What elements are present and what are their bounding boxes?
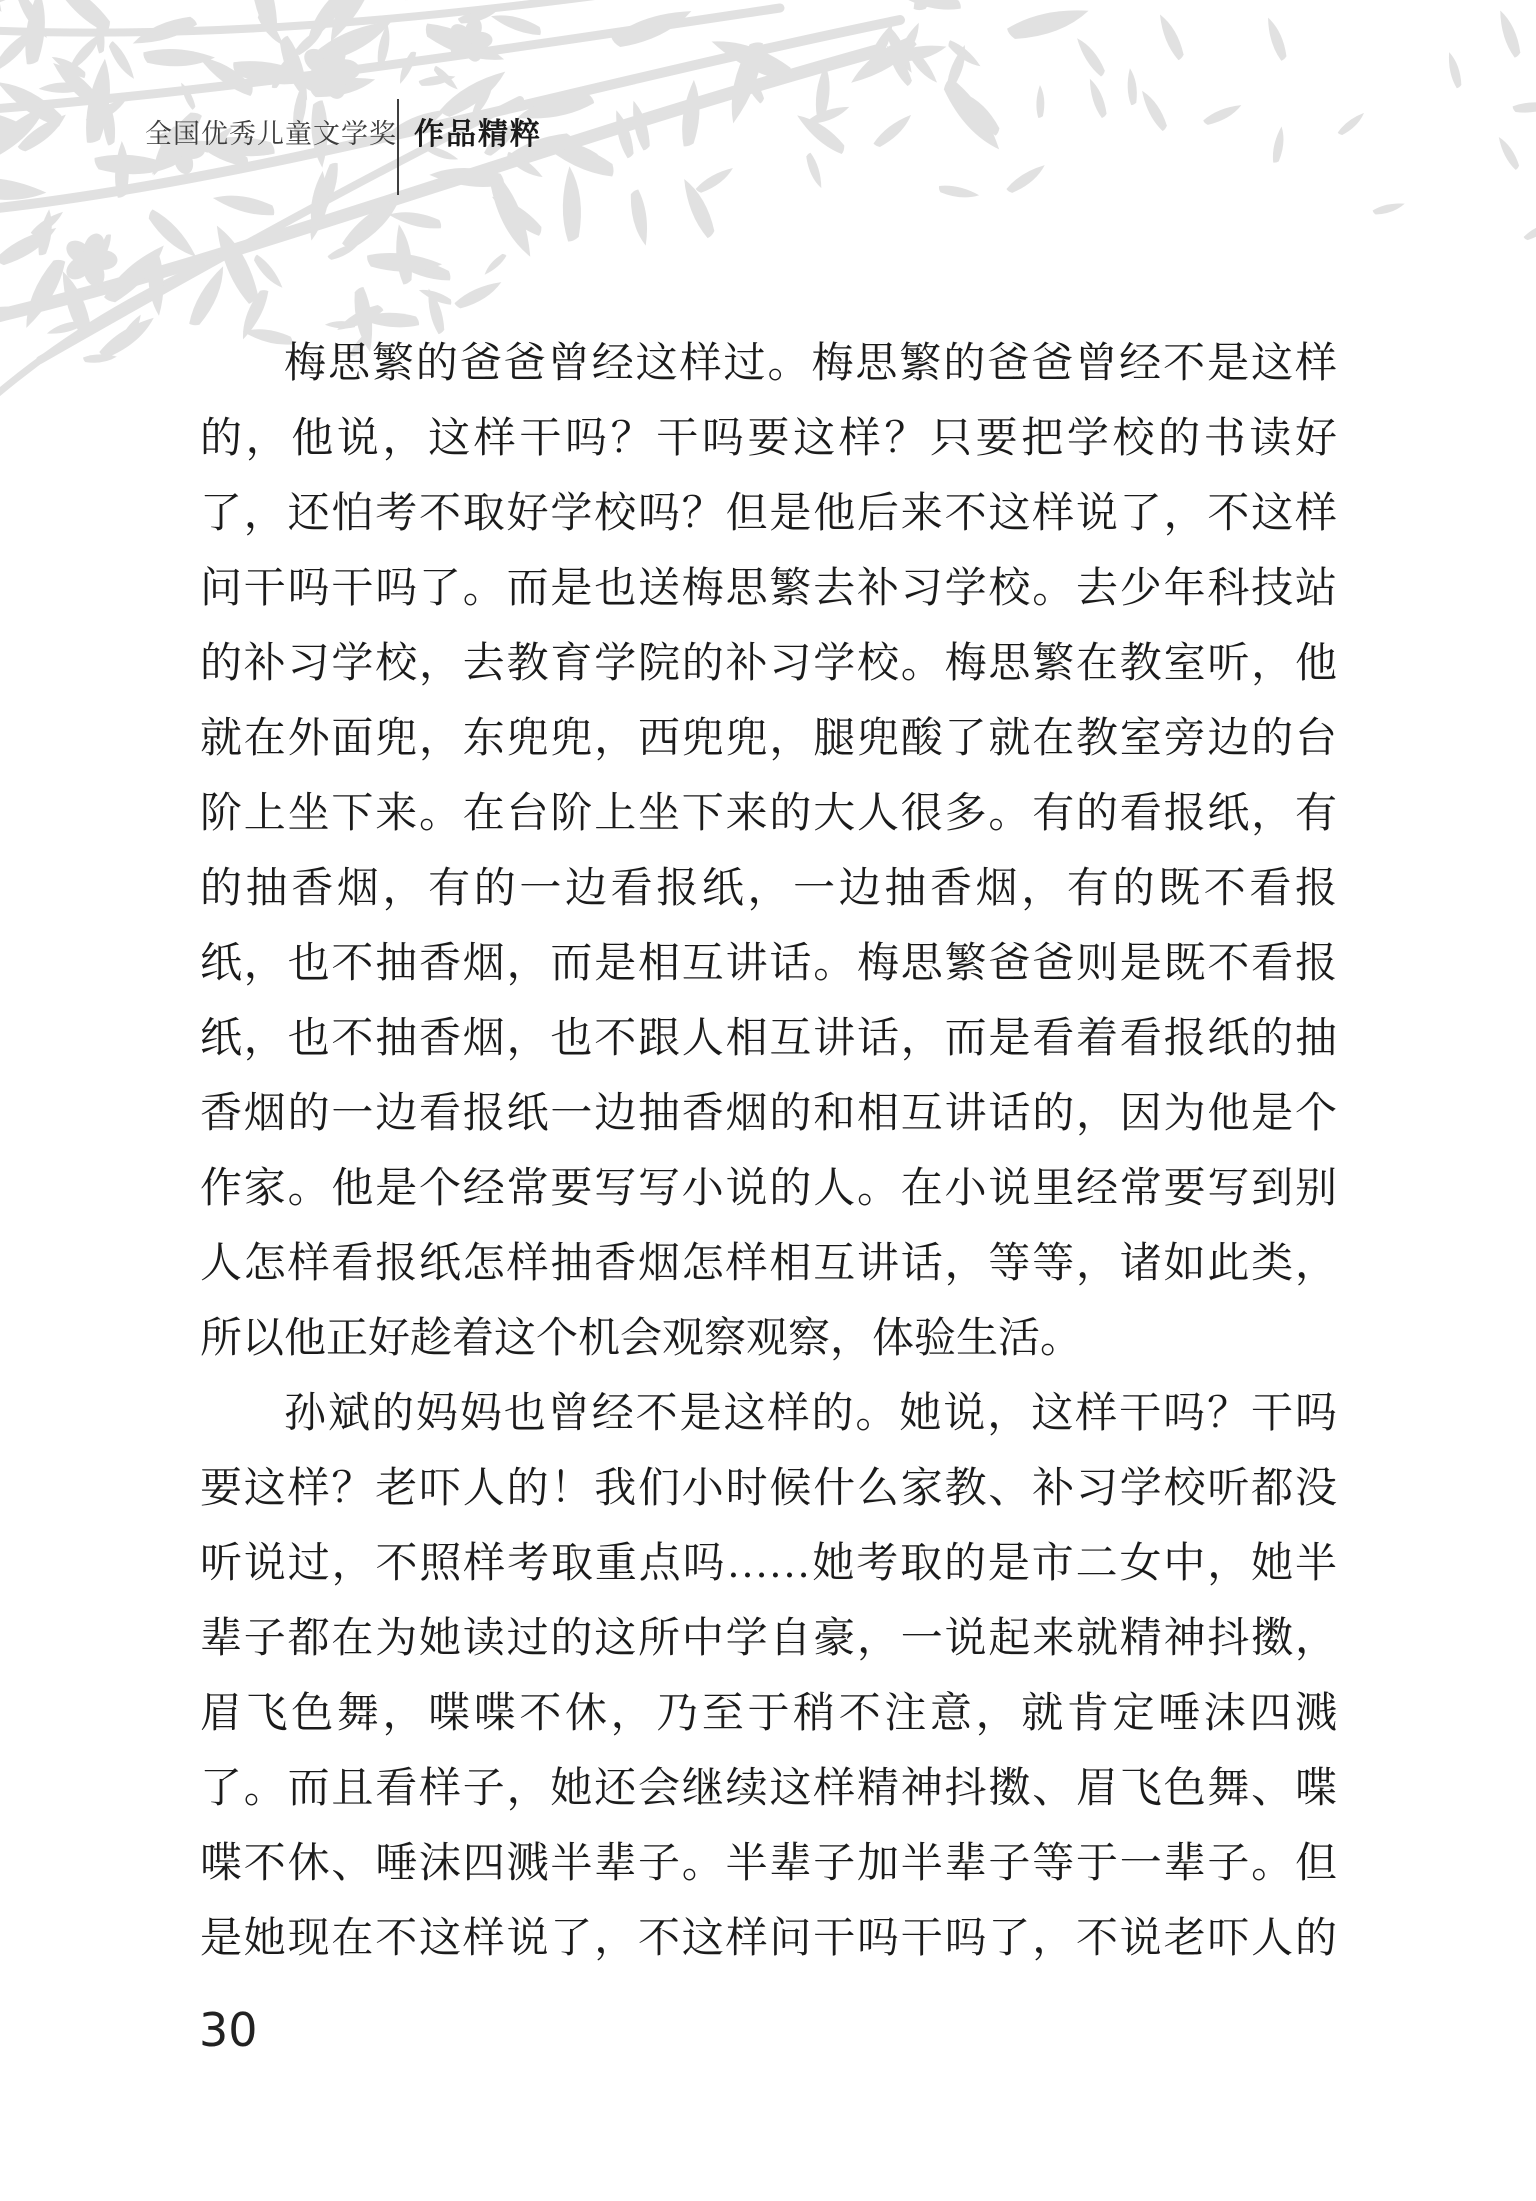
- text-line: 眉飞色舞，喋喋不休，乃至于稍不注意，就肯定唾沫四溅: [200, 1677, 1337, 1752]
- volume-title: 作品精粹: [414, 109, 542, 153]
- text-line: 所以他正好趁着这个机会观察观察，体验生活。: [200, 1302, 1337, 1377]
- text-line: 要这样？老吓人的！我们小时候什么家教、补习学校听都没: [200, 1452, 1337, 1527]
- text-line: 就在外面兜，东兜兜，西兜兜，腿兜酸了就在教室旁边的台: [200, 702, 1337, 777]
- text-line: 了，还怕考不取好学校吗？但是他后来不这样说了，不这样: [200, 477, 1337, 552]
- text-line: 辈子都在为她读过的这所中学自豪，一说起来就精神抖擞，: [200, 1602, 1337, 1677]
- page-number: 30: [199, 2003, 258, 2057]
- book-page: { "header": { "series_title": "全国优秀儿童文学奖…: [0, 0, 1536, 2201]
- text-line: 的，他说，这样干吗？干吗要这样？只要把学校的书读好: [200, 402, 1337, 477]
- paragraph: 梅思繁的爸爸曾经这样过。梅思繁的爸爸曾经不是这样的，他说，这样干吗？干吗要这样？…: [200, 327, 1337, 1377]
- text-line: 阶上坐下来。在台阶上坐下来的大人很多。有的看报纸，有: [200, 777, 1337, 852]
- header-divider-line: [397, 99, 399, 195]
- text-line: 是她现在不这样说了，不这样问干吗干吗了，不说老吓人的: [200, 1902, 1337, 1977]
- text-line: 问干吗干吗了。而是也送梅思繁去补习学校。去少年科技站: [200, 552, 1337, 627]
- text-line: 作家。他是个经常要写写小说的人。在小说里经常要写到别: [200, 1152, 1337, 1227]
- text-line: 的抽香烟，有的一边看报纸，一边抽香烟，有的既不看报: [200, 852, 1337, 927]
- text-line: 孙斌的妈妈也曾经不是这样的。她说，这样干吗？干吗: [200, 1377, 1337, 1452]
- text-line: 纸，也不抽香烟，而是相互讲话。梅思繁爸爸则是既不看报: [200, 927, 1337, 1002]
- text-line: 听说过，不照样考取重点吗……她考取的是市二女中，她半: [200, 1527, 1337, 1602]
- text-line: 喋不休、唾沫四溅半辈子。半辈子加半辈子等于一辈子。但: [200, 1827, 1337, 1902]
- text-line: 纸，也不抽香烟，也不跟人相互讲话，而是看着看报纸的抽: [200, 1002, 1337, 1077]
- text-line: 梅思繁的爸爸曾经这样过。梅思繁的爸爸曾经不是这样: [200, 327, 1337, 402]
- series-title: 全国优秀儿童文学奖: [145, 112, 397, 151]
- text-line: 人怎样看报纸怎样抽香烟怎样相互讲话，等等，诸如此类，: [200, 1227, 1337, 1302]
- text-line: 香烟的一边看报纸一边抽香烟的和相互讲话的，因为他是个: [200, 1077, 1337, 1152]
- text-line: 了。而且看样子，她还会继续这样精神抖擞、眉飞色舞、喋: [200, 1752, 1337, 1827]
- text-line: 的补习学校，去教育学院的补习学校。梅思繁在教室听，他: [200, 627, 1337, 702]
- paragraph: 孙斌的妈妈也曾经不是这样的。她说，这样干吗？干吗要这样？老吓人的！我们小时候什么…: [200, 1377, 1337, 1977]
- page-header: 全国优秀儿童文学奖 作品精粹: [0, 0, 1536, 220]
- body-text: 梅思繁的爸爸曾经这样过。梅思繁的爸爸曾经不是这样的，他说，这样干吗？干吗要这样？…: [200, 327, 1337, 1977]
